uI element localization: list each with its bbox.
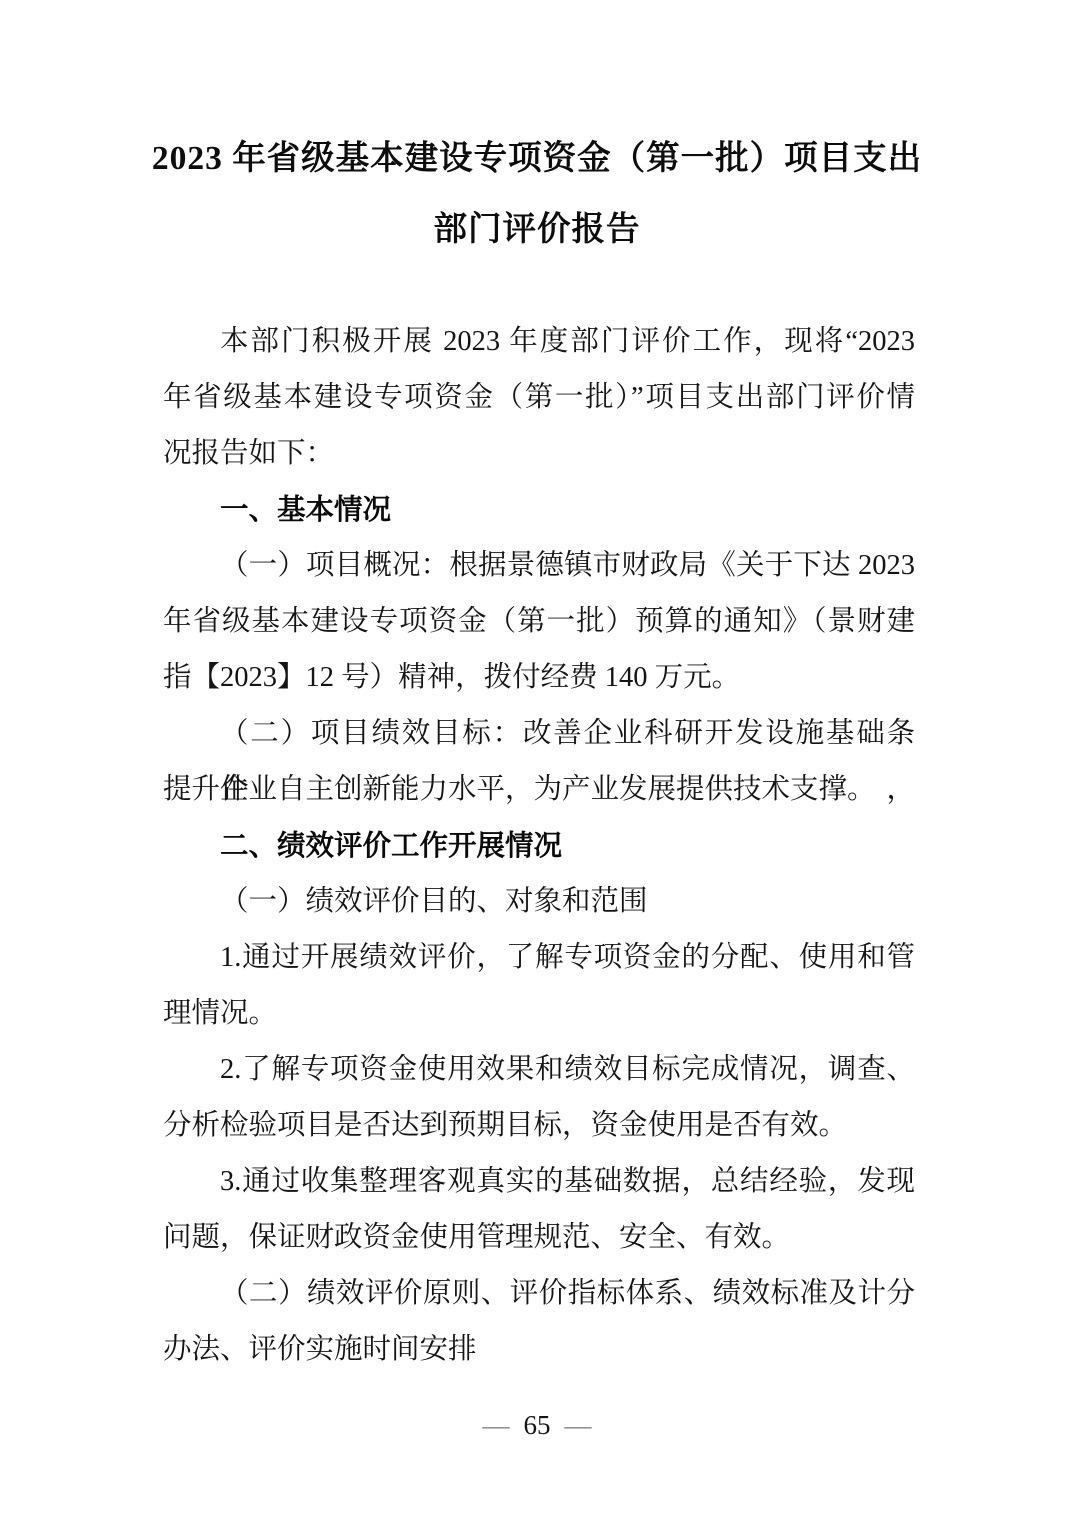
text-line: 指【2023】12 号）精神，拨付经费 140 万元。 [163, 650, 915, 706]
title-line: 2023 年省级基本建设专项资金（第一批）项目支出 [0, 123, 1074, 194]
paragraph: 1.通过开展绩效评价，了解专项资金的分配、使用和管理情况。 [163, 930, 915, 1042]
text-line: （一）绩效评价目的、对象和范围 [163, 874, 915, 930]
footer-dash-right: — [565, 1410, 592, 1440]
document-body: 本部门积极开展 2023 年度部门评价工作，现将“2023年省级基本建设专项资金… [163, 314, 915, 1378]
text-line: 一、基本情况 [163, 482, 915, 538]
text-line: 分析检验项目是否达到预期目标，资金使用是否有效。 [163, 1098, 915, 1154]
document-page: 2023 年省级基本建设专项资金（第一批）项目支出部门评价报告 本部门积极开展 … [0, 0, 1074, 1520]
paragraph: 2.了解专项资金使用效果和绩效目标完成情况，调查、分析检验项目是否达到预期目标，… [163, 1042, 915, 1154]
footer-dash-left: — [483, 1410, 510, 1440]
text-line: 2.了解专项资金使用效果和绩效目标完成情况，调查、 [163, 1042, 915, 1098]
text-line: （二）项目绩效目标：改善企业科研开发设施基础条件， [163, 706, 915, 762]
page-footer: —65— [0, 1410, 1074, 1441]
paragraph: （二）项目绩效目标：改善企业科研开发设施基础条件，提升企业自主创新能力水平，为产… [163, 706, 915, 818]
text-line: 3.通过收集整理客观真实的基础数据，总结经验，发现 [163, 1154, 915, 1210]
paragraph: 本部门积极开展 2023 年度部门评价工作，现将“2023年省级基本建设专项资金… [163, 314, 915, 482]
paragraph: 3.通过收集整理客观真实的基础数据，总结经验，发现问题，保证财政资金使用管理规范… [163, 1154, 915, 1266]
paragraph: （一）绩效评价目的、对象和范围 [163, 874, 915, 930]
page-number: 65 [524, 1410, 551, 1441]
text-line: 二、绩效评价工作开展情况 [163, 818, 915, 874]
text-line: 年省级基本建设专项资金（第一批）”项目支出部门评价情 [163, 370, 915, 426]
title-line: 部门评价报告 [0, 194, 1074, 265]
paragraph: （二）绩效评价原则、评价指标体系、绩效标准及计分办法、评价实施时间安排 [163, 1266, 915, 1378]
text-line: 1.通过开展绩效评价，了解专项资金的分配、使用和管 [163, 930, 915, 986]
text-line: 办法、评价实施时间安排 [163, 1322, 915, 1378]
text-line: 问题，保证财政资金使用管理规范、安全、有效。 [163, 1210, 915, 1266]
document-title: 2023 年省级基本建设专项资金（第一批）项目支出部门评价报告 [0, 123, 1074, 265]
text-line: （一）项目概况：根据景德镇市财政局《关于下达 2023 [163, 538, 915, 594]
text-line: 况报告如下： [163, 426, 915, 482]
text-line: 本部门积极开展 2023 年度部门评价工作，现将“2023 [163, 314, 915, 370]
text-line: 提升企业自主创新能力水平，为产业发展提供技术支撑。 [163, 762, 915, 818]
text-line: （二）绩效评价原则、评价指标体系、绩效标准及计分 [163, 1266, 915, 1322]
text-line: 年省级基本建设专项资金（第一批）预算的通知》（景财建 [163, 594, 915, 650]
section-heading: 二、绩效评价工作开展情况 [163, 818, 915, 874]
paragraph: （一）项目概况：根据景德镇市财政局《关于下达 2023年省级基本建设专项资金（第… [163, 538, 915, 706]
section-heading: 一、基本情况 [163, 482, 915, 538]
text-line: 理情况。 [163, 986, 915, 1042]
